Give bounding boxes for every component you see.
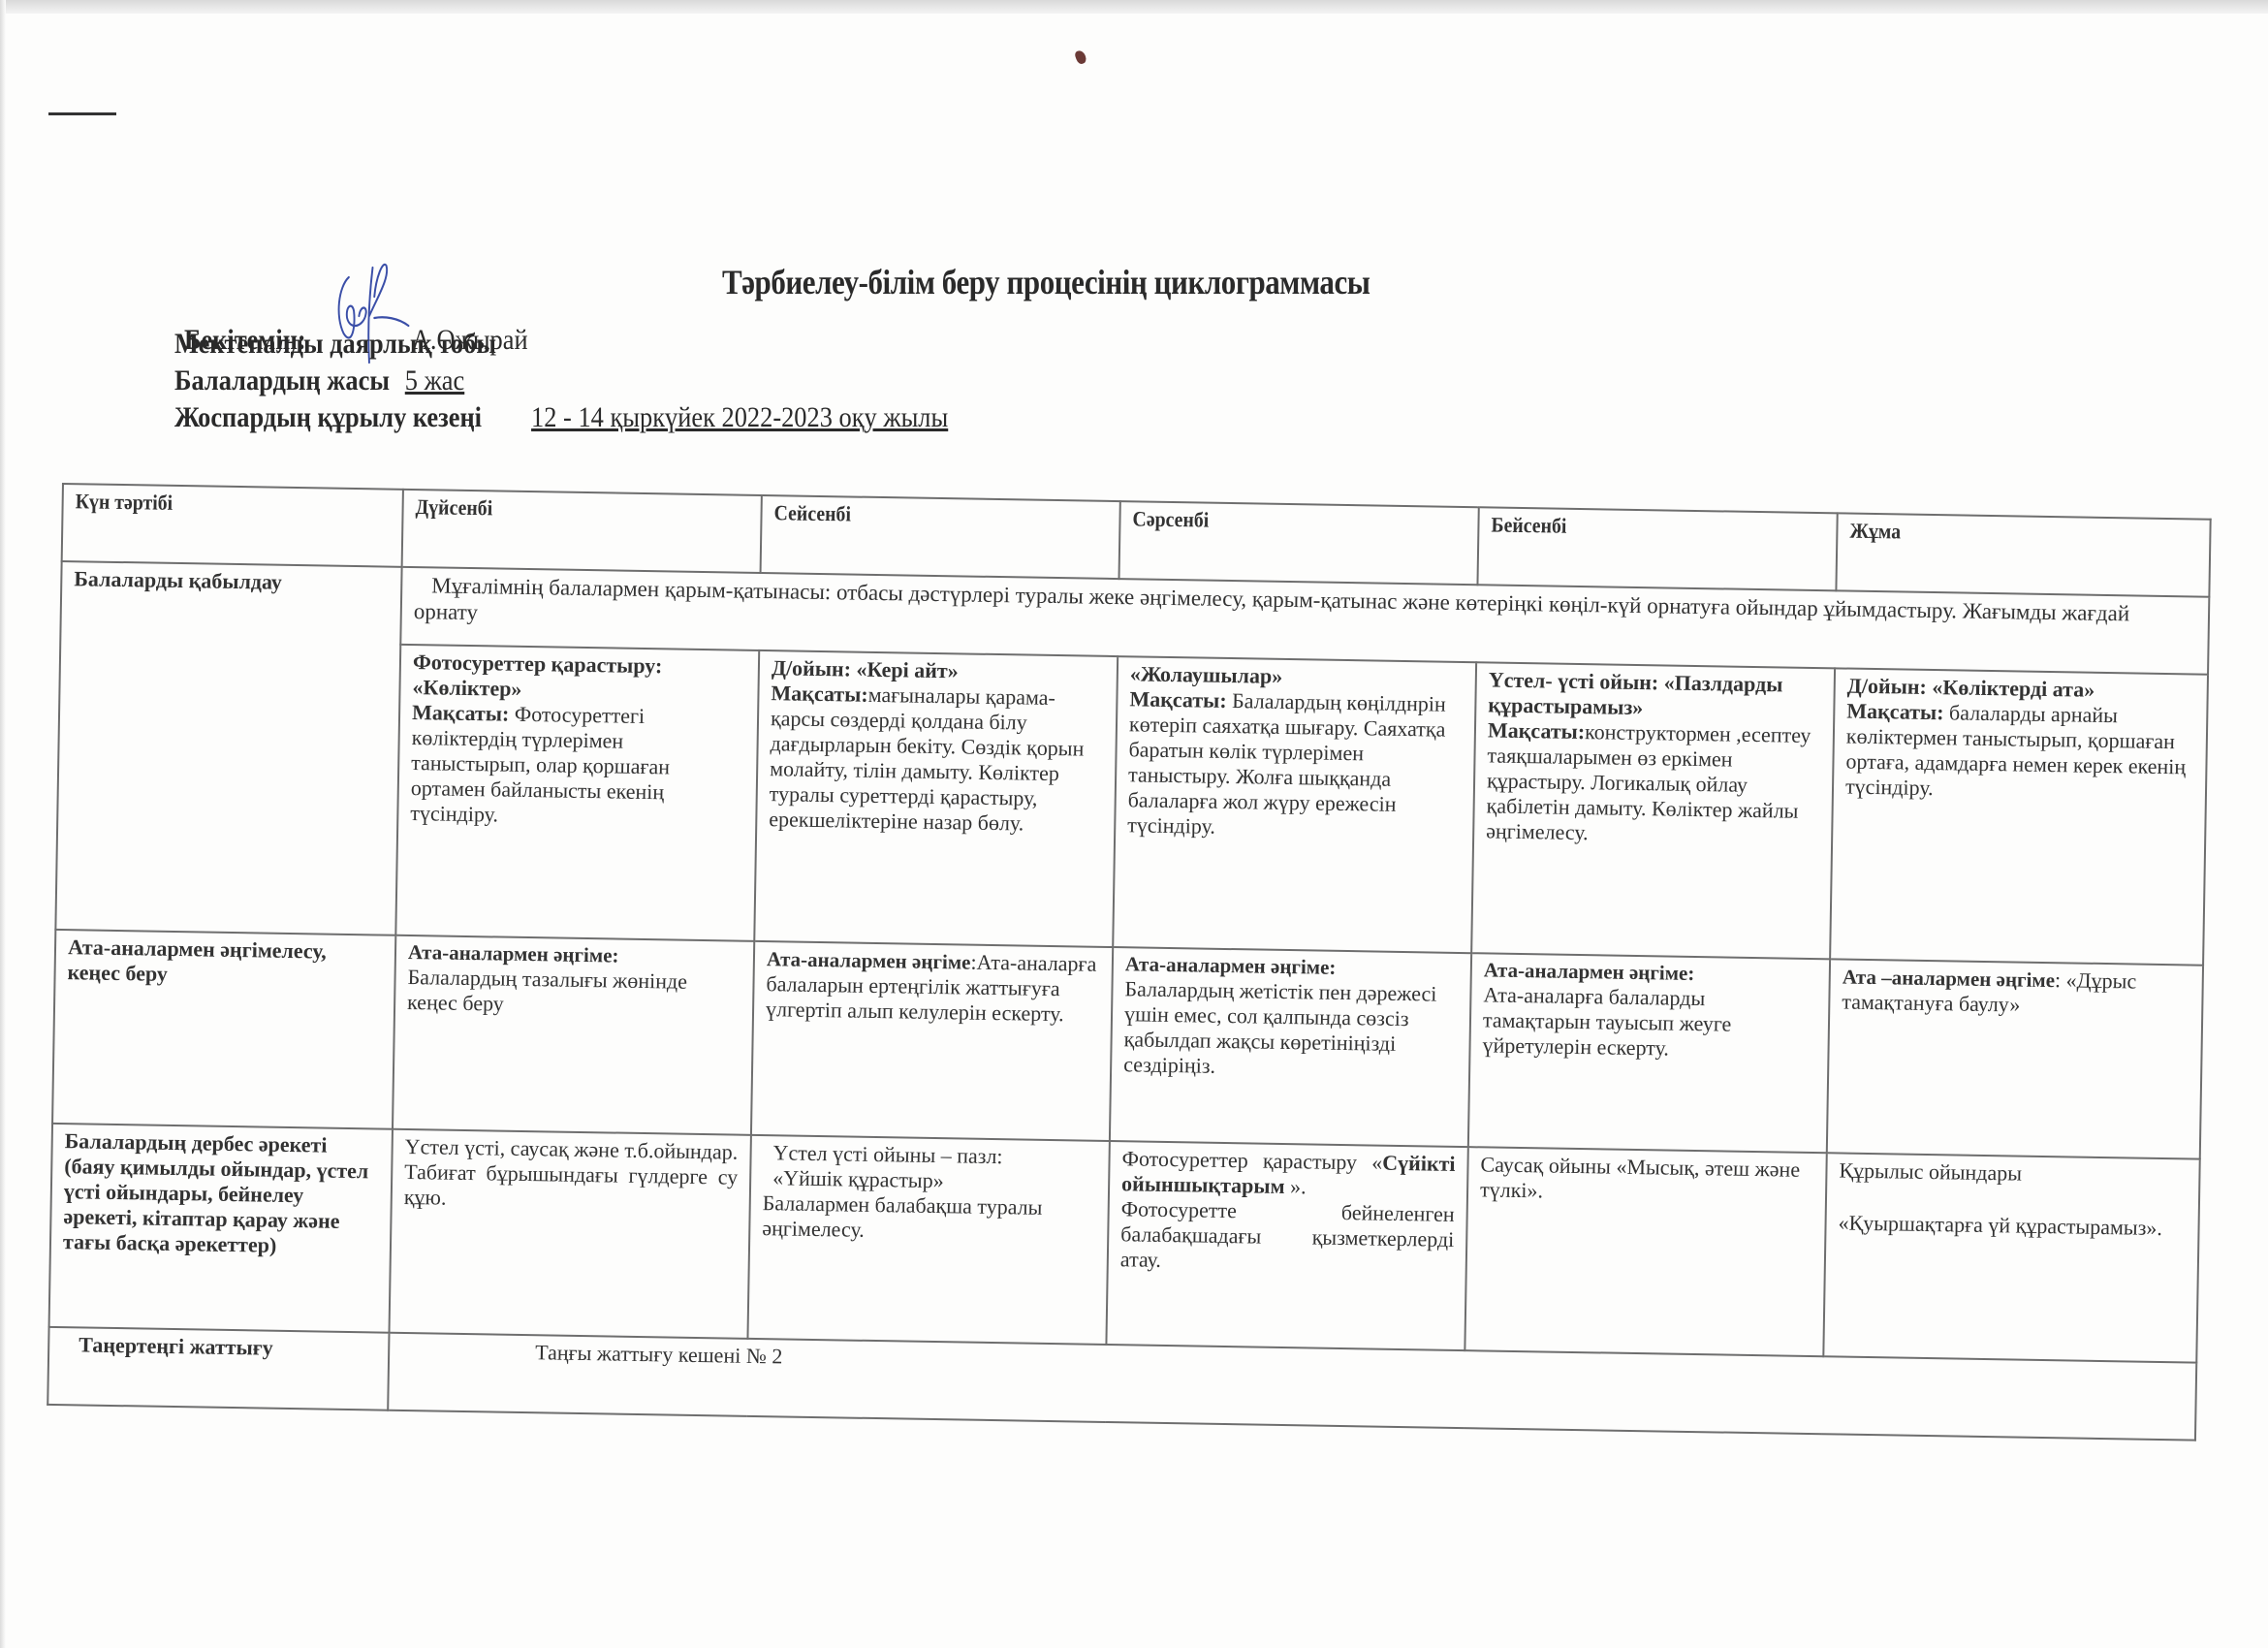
header-tuesday: Сейсенбі xyxy=(761,495,1120,579)
row-label-free-activity: Балалардың дербес әрекеті (баяу қимылды … xyxy=(49,1124,393,1333)
period-value: 12 - 14 қыркүйек 2022-2023 оқу жылы xyxy=(507,401,948,434)
scan-edge-top xyxy=(0,0,2268,14)
header-monday: Дүйсенбі xyxy=(402,490,762,573)
scan-edge-left xyxy=(0,0,6,1648)
free-tuesday: Үстел үсті ойыны – пазл: «Үйшік құрастыр… xyxy=(747,1135,1109,1345)
row-label-reception: Балаларды қабылдау xyxy=(55,561,401,935)
document-meta: Бекітемін: А.Ожырай Мектепалды даярлық т… xyxy=(174,291,1054,438)
age-line: Балалардың жасы 5 жас xyxy=(174,364,948,401)
header-schedule: Күн тәртібі xyxy=(62,484,403,567)
header-friday: Жұма xyxy=(1836,513,2210,596)
parents-friday: Ата –аналармен әңгіме: «Дұрыс тамақтануғ… xyxy=(1827,959,2203,1158)
header-wednesday: Сәрсенбі xyxy=(1119,501,1479,585)
activity-monday: Фотосуреттер қарастыру: «Көліктер» Мақса… xyxy=(395,645,759,941)
free-wednesday: Фотосуреттер қарастыру «Сүйікті ойыншықт… xyxy=(1106,1141,1467,1350)
parents-thursday: Ата-аналармен әңгіме:Ата-аналарға балала… xyxy=(1468,953,1830,1153)
table-row: Ата-аналармен әңгімелесу, кеңес беру Ата… xyxy=(52,930,2203,1159)
header-thursday: Бейсенбі xyxy=(1477,507,1837,590)
group-line: Мектепалды даярлық тобы xyxy=(174,328,948,364)
ink-speck xyxy=(1074,49,1087,66)
activity-friday: Д/ойын: «Көліктерді ата» Мақсаты: балала… xyxy=(1830,668,2208,965)
free-friday: Құрылыс ойындары «Қуыршақтарға үй құраст… xyxy=(1823,1153,2199,1362)
free-thursday: Саусақ ойыны «Мысық, әтеш және түлкі». xyxy=(1465,1147,1826,1356)
period-label: Жоспардың құрылу кезеңі xyxy=(174,401,482,434)
schedule-table-wrap: Күн тәртібі Дүйсенбі Сейсенбі Сәрсенбі Б… xyxy=(47,483,2194,1441)
margin-mark xyxy=(48,112,116,115)
activity-tuesday: Д/ойын: «Кері айт» Мақсаты:мағыналары қа… xyxy=(754,650,1118,947)
activity-wednesday: «Жолаушылар» Мақсаты: Балалардың көңілдн… xyxy=(1113,656,1476,953)
period-line: Жоспардың құрылу кезеңі 12 - 14 қыркүйек… xyxy=(174,401,948,438)
row-label-morning-exercise: Таңертеңгі жаттығу xyxy=(47,1327,389,1410)
approval-line: Бекітемін: А.Ожырай xyxy=(184,291,949,328)
age-value: 5 жас xyxy=(405,364,464,397)
activity-thursday: Үстел- үсті ойын: «Пазлдарды құрастырамы… xyxy=(1471,662,1835,959)
table-row: Балалардың дербес әрекеті (баяу қимылды … xyxy=(49,1124,2200,1363)
parents-monday: Ата-аналармен әңгіме:Балалардың тазалығы… xyxy=(393,935,754,1135)
free-monday: Үстел үсті, саусақ және т.б.ойындар. Таб… xyxy=(390,1129,751,1339)
parents-wednesday: Ата-аналармен әңгіме:Балалардың жетістік… xyxy=(1110,947,1471,1147)
row-label-parents: Ата-аналармен әңгімелесу, кеңес беру xyxy=(52,930,395,1129)
parents-tuesday: Ата-аналармен әңгіме:Ата-аналарға балала… xyxy=(751,941,1113,1141)
schedule-table: Күн тәртібі Дүйсенбі Сейсенбі Сәрсенбі Б… xyxy=(47,483,2211,1442)
group-name: Мектепалды даярлық тобы xyxy=(174,328,496,361)
age-label: Балалардың жасы xyxy=(174,364,390,397)
